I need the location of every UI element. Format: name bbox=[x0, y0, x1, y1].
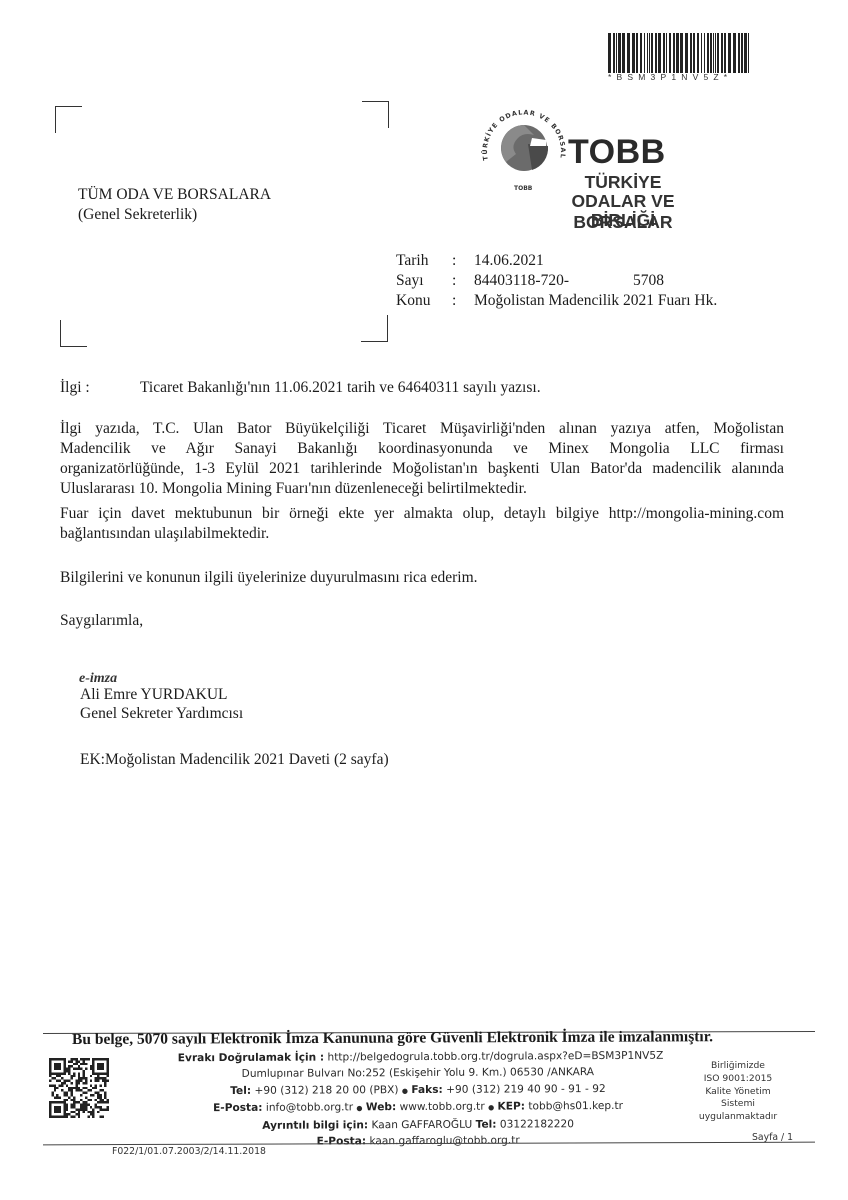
attachment-note: EK:Moğolistan Madencilik 2021 Daveti (2 … bbox=[80, 750, 389, 770]
document-barcode bbox=[608, 33, 752, 73]
recipient-line-2: (Genel Sekreterlik) bbox=[78, 205, 271, 225]
tel-value: +90 (312) 218 20 00 (PBX) bbox=[254, 1084, 398, 1097]
email-value[interactable]: info@tobb.org.tr bbox=[266, 1102, 353, 1114]
contact-email-value[interactable]: kaan.gaffaroglu@tobb.org.tr bbox=[369, 1134, 519, 1147]
tel-label: Tel: bbox=[230, 1085, 251, 1097]
iso-line-5: uygulanmaktadır bbox=[688, 1111, 788, 1124]
meta-number-row: Sayı : 84403118-720- 5708 bbox=[396, 271, 717, 291]
body-paragraph-1: İlgi yazıda, T.C. Ulan Bator Büyükelçili… bbox=[60, 419, 784, 499]
body-paragraph-2: Fuar için davet mektubunun bir örneği ek… bbox=[60, 504, 784, 544]
fax-value: +90 (312) 219 40 90 - 91 - 92 bbox=[446, 1083, 606, 1096]
subject-label: Konu bbox=[396, 291, 452, 311]
bullet-icon: ● bbox=[356, 1105, 362, 1113]
page-number: Sayfa / 1 bbox=[752, 1132, 793, 1143]
contact-name: Kaan GAFFAROĞLU bbox=[371, 1118, 472, 1131]
paragraph-1-line-2: Madencilik ve Ağır Sanayi Bakanlığı koor… bbox=[60, 439, 784, 459]
paragraph-1-line-1: İlgi yazıda, T.C. Ulan Bator Büyükelçili… bbox=[60, 419, 784, 439]
corner-mark-top-left bbox=[55, 106, 82, 133]
number-value: 84403118-720- bbox=[474, 271, 569, 291]
signer-title: Genel Sekreter Yardımcısı bbox=[80, 704, 243, 724]
closing-salutation: Saygılarımla, bbox=[60, 611, 143, 631]
logo-line-3: BİRLİĞİ bbox=[528, 210, 718, 231]
web-value[interactable]: www.tobb.org.tr bbox=[400, 1101, 485, 1113]
meta-date-row: Tarih : 14.06.2021 bbox=[396, 251, 717, 271]
iso-line-1: Birliğimizde bbox=[688, 1060, 788, 1073]
reference-line: İlgi : Ticaret Bakanlığı'nın 11.06.2021 … bbox=[60, 378, 541, 398]
corner-mark-top-right bbox=[362, 101, 389, 128]
web-label: Web: bbox=[366, 1101, 396, 1113]
number-label: Sayı bbox=[396, 271, 452, 291]
footer-contact-block: Evrakı Doğrulamak İçin : http://belgedog… bbox=[178, 1048, 659, 1151]
iso-certification-note: Birliğimizde ISO 9001:2015 Kalite Yöneti… bbox=[688, 1060, 788, 1124]
paragraph-2-line-2: bağlantısından ulaşılabilmektedir. bbox=[60, 524, 784, 544]
verify-label: Evrakı Doğrulamak İçin : bbox=[178, 1051, 324, 1064]
bullet-icon: ● bbox=[488, 1104, 494, 1112]
email-label: E-Posta: bbox=[213, 1102, 262, 1114]
kep-value[interactable]: tobb@hs01.kep.tr bbox=[528, 1100, 623, 1112]
recipient-line-1: TÜM ODA VE BORSALARA bbox=[78, 185, 271, 205]
number-separator: : bbox=[452, 271, 474, 291]
logo-line-1: TÜRKİYE bbox=[528, 172, 718, 193]
corner-mark-bottom-right bbox=[361, 315, 388, 342]
logo-title: TOBB bbox=[568, 133, 666, 172]
email-web-line: E-Posta: info@tobb.org.tr ● Web: www.tob… bbox=[178, 1098, 658, 1118]
contact-label: Ayrıntılı bilgi için: bbox=[262, 1119, 368, 1132]
page-label: Sayfa bbox=[752, 1132, 778, 1143]
page-value: / 1 bbox=[781, 1132, 793, 1143]
subject-separator: : bbox=[452, 291, 474, 311]
number-suffix: 5708 bbox=[633, 271, 664, 291]
date-value: 14.06.2021 bbox=[474, 251, 544, 271]
verify-url[interactable]: http://belgedogrula.tobb.org.tr/dogrula.… bbox=[327, 1050, 663, 1064]
form-code: F022/1/01.07.2003/2/14.11.2018 bbox=[112, 1146, 266, 1157]
date-label: Tarih bbox=[396, 251, 452, 271]
iso-line-4: Sistemi bbox=[688, 1098, 788, 1111]
e-signature-statement: Bu belge, 5070 sayılı Elektronik İmza Ka… bbox=[72, 1028, 713, 1049]
contact-tel-value: 03122182220 bbox=[500, 1118, 574, 1130]
recipient-block: TÜM ODA VE BORSALARA (Genel Sekreterlik) bbox=[78, 185, 271, 225]
reference-label: İlgi : bbox=[60, 378, 140, 398]
corner-mark-bottom-left bbox=[60, 320, 87, 347]
paragraph-1-line-3: organizatörlüğünde, 1-3 Eylül 2021 tarih… bbox=[60, 459, 784, 479]
date-separator: : bbox=[452, 251, 474, 271]
reference-text: Ticaret Bakanlığı'nın 11.06.2021 tarih v… bbox=[140, 378, 541, 398]
kep-label: KEP: bbox=[498, 1101, 526, 1113]
contact-email-label: E-Posta: bbox=[317, 1135, 366, 1147]
fax-label: Faks: bbox=[411, 1084, 442, 1096]
iso-line-3: Kalite Yönetim bbox=[688, 1086, 788, 1099]
qr-code[interactable] bbox=[48, 1058, 110, 1118]
paragraph-1-line-4: Uluslararası 10. Mongolia Mining Fuarı'n… bbox=[60, 479, 784, 499]
document-meta: Tarih : 14.06.2021 Sayı : 84403118-720- … bbox=[396, 251, 717, 311]
paragraph-2-line-1: Fuar için davet mektubunun bir örneği ek… bbox=[60, 504, 784, 524]
meta-subject-row: Konu : Moğolistan Madencilik 2021 Fuarı … bbox=[396, 291, 717, 311]
signer-name: Ali Emre YURDAKUL bbox=[80, 685, 228, 705]
contact-tel-label: Tel: bbox=[476, 1118, 497, 1130]
subject-value: Moğolistan Madencilik 2021 Fuarı Hk. bbox=[474, 291, 717, 311]
bullet-icon: ● bbox=[402, 1087, 408, 1095]
body-paragraph-3: Bilgilerini ve konunun ilgili üyeleriniz… bbox=[60, 568, 478, 588]
iso-line-2: ISO 9001:2015 bbox=[688, 1073, 788, 1086]
barcode-text: *BSM3P1NV5Z* bbox=[608, 72, 758, 82]
